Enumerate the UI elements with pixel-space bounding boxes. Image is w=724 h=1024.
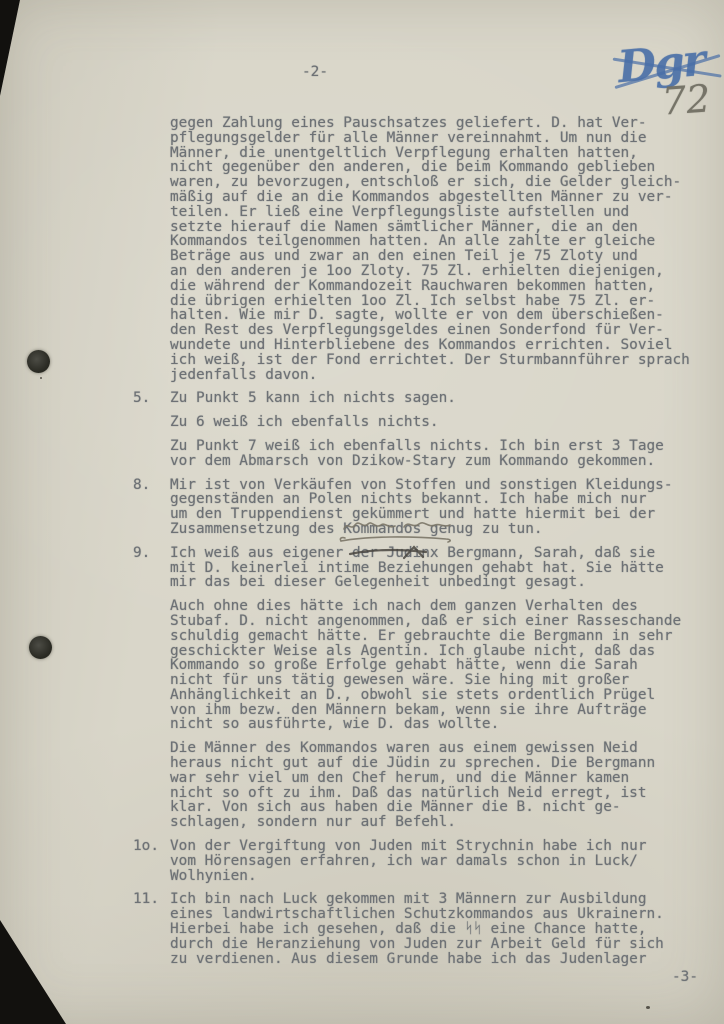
paragraph-lines: Von der Vergiftung von Juden mit Strychn… — [170, 839, 716, 883]
paragraph-lines: Zu Punkt 5 kann ich nichts sagen. — [170, 391, 716, 406]
paragraph-block: Auch ohne dies hätte ich nach dem ganzen… — [170, 599, 716, 732]
paragraph-lines: Ich bin nach Luck gekommen mit 3 Männern… — [170, 892, 716, 966]
paragraph-block: Die Männer des Kommandos waren aus einem… — [170, 741, 716, 830]
paragraph-lines: Zu Punkt 7 weiß ich ebenfalls nichts. Ic… — [170, 439, 716, 469]
paragraph-block: Zu Punkt 7 weiß ich ebenfalls nichts. Ic… — [170, 439, 716, 469]
item-number: 5. — [133, 391, 167, 406]
paragraph-lines: Die Männer des Kommandos waren aus einem… — [170, 741, 716, 830]
paragraph-block: 11.Ich bin nach Luck gekommen mit 3 Männ… — [170, 892, 716, 966]
punch-hole-bottom — [29, 636, 52, 659]
paragraph-block: gegen Zahlung eines Pauschsatzes geliefe… — [170, 116, 716, 382]
item-number: 9. — [133, 546, 167, 561]
item-number: 8. — [133, 478, 167, 493]
paper-speck — [646, 1006, 650, 1009]
item-number: 1o. — [133, 839, 167, 854]
paragraph-lines: Zu 6 weiß ich ebenfalls nichts. — [170, 415, 716, 430]
paragraph-lines: Ich weiß aus eigener der Judinx Bergmann… — [170, 546, 716, 590]
item-number: 11. — [133, 892, 167, 907]
paragraph-lines: Mir ist von Verkäufen von Stoffen und so… — [170, 478, 716, 537]
paragraph-block: 9.Ich weiß aus eigener der Judinx Bergma… — [170, 546, 716, 590]
paragraph-block: 8.Mir ist von Verkäufen von Stoffen und … — [170, 478, 716, 537]
paper-sheet: -2- Dgr 72 gegen Zahlung eines Pauschsat… — [0, 0, 724, 1024]
paragraph-block: 1o.Von der Vergiftung von Juden mit Stry… — [170, 839, 716, 883]
paragraph-lines: Auch ohne dies hätte ich nach dem ganzen… — [170, 599, 716, 732]
paragraph-lines: gegen Zahlung eines Pauschsatzes geliefe… — [170, 116, 716, 382]
page-number-bottom: -3- — [672, 970, 698, 985]
page-number-top: -2- — [302, 65, 328, 80]
paragraph-block: Zu 6 weiß ich ebenfalls nichts. — [170, 415, 716, 430]
paragraph-block: 5.Zu Punkt 5 kann ich nichts sagen. — [170, 391, 716, 406]
paper-speck — [40, 377, 42, 379]
punch-hole-top — [27, 350, 50, 373]
typewritten-text-blocks: gegen Zahlung eines Pauschsatzes geliefe… — [170, 116, 716, 975]
